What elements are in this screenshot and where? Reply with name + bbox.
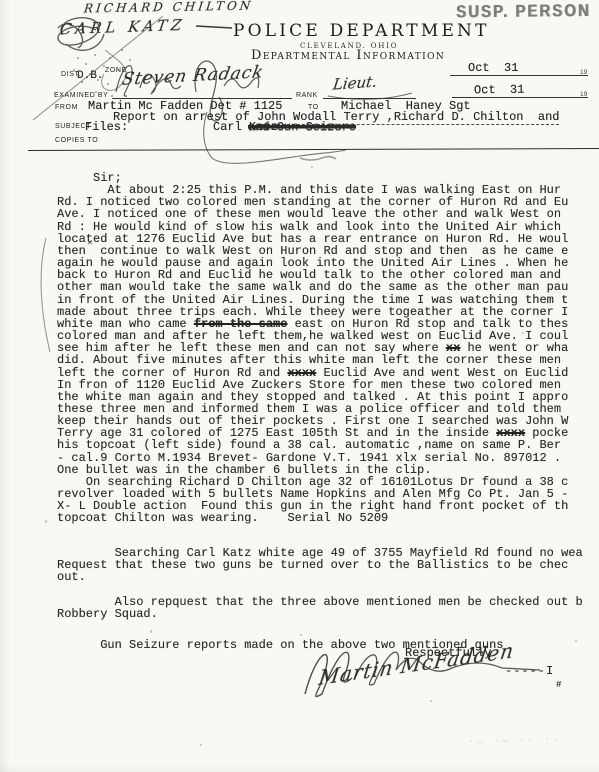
scan-speck (311, 166, 313, 168)
typed-line: did. About five minutes after this white… (57, 354, 599, 366)
scan-speck (150, 630, 152, 633)
scan-speck (520, 600, 522, 602)
handwritten-name-chilton: RICHARD CHILTON (83, 0, 254, 15)
date-top-underline (450, 63, 588, 76)
typed-line: in front of the United Air Lines. During… (57, 294, 599, 306)
scan-speck (90, 203, 92, 205)
swoosh-scribble-end (300, 157, 336, 160)
typed-line: his topcoat (left side) found a 38 cal. … (57, 439, 599, 451)
header-divider-rule (28, 148, 599, 151)
scanned-police-report: SUSP. PERSON RICHARD CHILTON CARL KATZ P… (0, 0, 599, 772)
paragraph-gun-seizure-reports: Gun Seizure reports made on the above tw… (57, 639, 599, 651)
scan-speck (45, 520, 47, 523)
from-label: FROM (55, 104, 78, 111)
year-suffix-bottom: 19 (580, 91, 587, 98)
scan-speck (88, 241, 91, 244)
faded-stamp-smudge: ·‥ ·— ·· ᛫· (468, 735, 561, 747)
typed-line: Rd : He would kind of slow his walk and … (57, 221, 599, 233)
date-bottom-underline (452, 85, 588, 98)
scan-speck (430, 700, 432, 702)
report-body: Sir; At about 2:25 this P.M. and this da… (57, 172, 599, 651)
scan-speck (200, 744, 202, 746)
typed-line: Request that these two guns be turned ov… (57, 559, 599, 571)
handwritten-name-katz: CARL KATZ (59, 16, 187, 38)
copies-to-label: COPIES TO (55, 137, 98, 144)
rank-value-handwritten: Lieut. (332, 72, 379, 93)
year-suffix-top: 19 (580, 69, 587, 76)
rank-label: RANK (296, 92, 318, 99)
handwritten-dash (196, 26, 232, 28)
typed-line: Gun Seizure reports made on the above tw… (57, 639, 599, 651)
typed-line: out. (57, 571, 599, 583)
files-label: Files: (85, 120, 128, 134)
typed-line: Ave. I noticed one of these men would le… (57, 208, 599, 220)
typed-line: other man would take the same walk and d… (57, 281, 599, 293)
typed-line: left the corner of Huron Rd and xxxx Euc… (57, 367, 599, 379)
paragraph-chilton-search: On searching Richard D Chilton age 32 of… (57, 476, 599, 525)
typed-line: Robbery Squad. (57, 608, 599, 620)
examined-by-label: EXAMINED BY (54, 92, 108, 99)
margin-pen-curve (41, 238, 50, 352)
scan-speck (575, 640, 577, 642)
signature-trail-dashes: -----I (505, 664, 554, 678)
typed-line: Searching Carl Katz white age 49 of 3755… (57, 547, 599, 559)
hash-mark: # (556, 680, 561, 690)
dist-value: D.B. (77, 70, 103, 82)
paragraph-robbery-squad: Also repquest that the three above menti… (57, 596, 599, 620)
scan-speck (300, 634, 302, 636)
typed-line: - cal.9 Corto M.1934 Brevet- Gardone V.T… (57, 452, 599, 464)
scan-speck (560, 415, 562, 417)
paragraph-katz-search: Searching Carl Katz white age 49 of 3755… (57, 547, 599, 583)
struck-gun-seizure: and Gun Seizure (248, 120, 356, 134)
document-type-title: Departmental Information (251, 48, 445, 63)
department-title: POLICE DEPARTMENT (233, 21, 490, 41)
susp-person-stamp: SUSP. PERSON (456, 1, 591, 22)
typed-line: topcoat Chilton was wearing. Serial No 5… (57, 512, 599, 524)
scan-speck (522, 332, 524, 334)
typed-line: In fron of 1120 Euclid Ave Zuckers Store… (57, 379, 599, 391)
paragraph-surveillance: Sir; At about 2:25 this P.M. and this da… (57, 172, 599, 476)
